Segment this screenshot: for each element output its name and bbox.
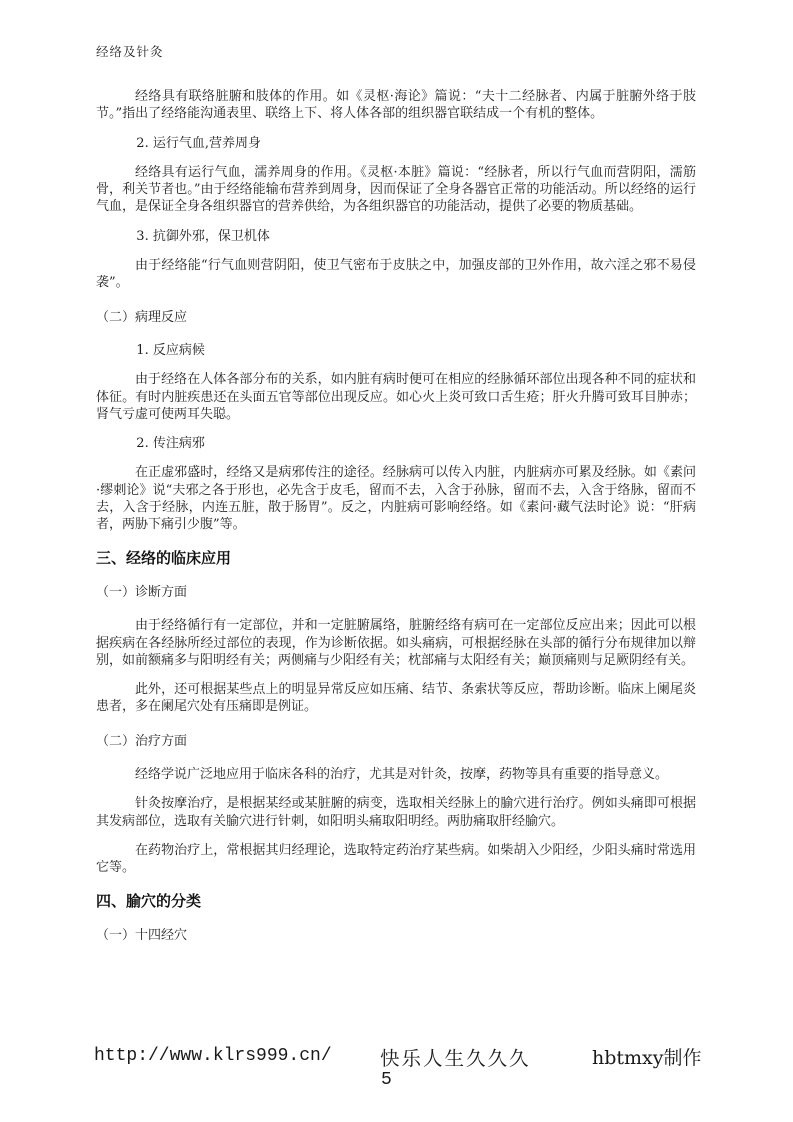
document-page: 经络及针灸 经络具有联络脏腑和肢体的作用。如《灵枢·海论》篇说：“夫十二经脉者、… [0, 0, 793, 1122]
footer-slogan: 快乐人生久久久 [380, 1043, 531, 1071]
running-header: 经络及针灸 [96, 42, 164, 60]
numbered-subheading: 2. 运行气血,营养周身 [96, 135, 696, 152]
document-body: 经络具有联络脏腑和肢体的作用。如《灵枢·海论》篇说：“夫十二经脉者、内属于脏腑外… [96, 88, 696, 960]
paragraph: 在正虚邪盛时，经络又是病邪传注的途径。经脉病可以传入内脏，内脏病亦可累及经脉。如… [96, 464, 696, 533]
section-heading: 四、腧穴的分类 [96, 893, 696, 910]
section-heading: 三、经络的临床应用 [96, 550, 696, 567]
sub-section-heading: （一）诊断方面 [96, 584, 696, 601]
sub-section-heading: （二）病理反应 [96, 309, 696, 326]
numbered-subheading: 3. 抗御外邪，保卫机体 [96, 228, 696, 245]
footer-page-number: 5 [381, 1070, 392, 1090]
paragraph: 经络具有联络脏腑和肢体的作用。如《灵枢·海论》篇说：“夫十二经脉者、内属于脏腑外… [96, 88, 696, 123]
paragraph: 由于经络在人体各部分布的关系，如内脏有病时便可在相应的经脉循环部位出现各种不同的… [96, 371, 696, 423]
paragraph: 经络学说广泛地应用于临床各科的治疗，尤其是对针灸，按摩，药物等具有重要的指导意义… [96, 766, 696, 783]
paragraph: 针灸按摩治疗，是根据某经或某脏腑的病变，选取相关经脉上的腧穴进行治疗。例如头痛即… [96, 795, 696, 830]
paragraph: 经络具有运行气血，濡养周身的作用。《灵枢·本脏》篇说：“经脉者，所以行气血而营阴… [96, 164, 696, 216]
paragraph: 在药物治疗上，常根据其归经理论，选取特定药治疗某些病。如柴胡入少阳经，少阳头痛时… [96, 842, 696, 877]
sub-section-heading: （一）十四经穴 [96, 927, 696, 944]
numbered-subheading: 2. 传注病邪 [96, 435, 696, 452]
footer-url: http://www.klrs999.cn/ [94, 1046, 332, 1066]
sub-section-heading: （二）治疗方面 [96, 733, 696, 750]
footer-maker: hbtmxy制作 [592, 1043, 702, 1070]
numbered-subheading: 1. 反应病候 [96, 342, 696, 359]
paragraph: 由于经络循行有一定部位，并和一定脏腑属络，脏腑经络有病可在一定部位反应出来；因此… [96, 617, 696, 669]
paragraph: 此外，还可根据某些点上的明显异常反应如压痛、结节、条索状等反应，帮助诊断。临床上… [96, 681, 696, 716]
paragraph: 由于经络能“行气血则营阴阳，使卫气密布于皮肤之中，加强皮部的卫外作用，故六淫之邪… [96, 257, 696, 292]
